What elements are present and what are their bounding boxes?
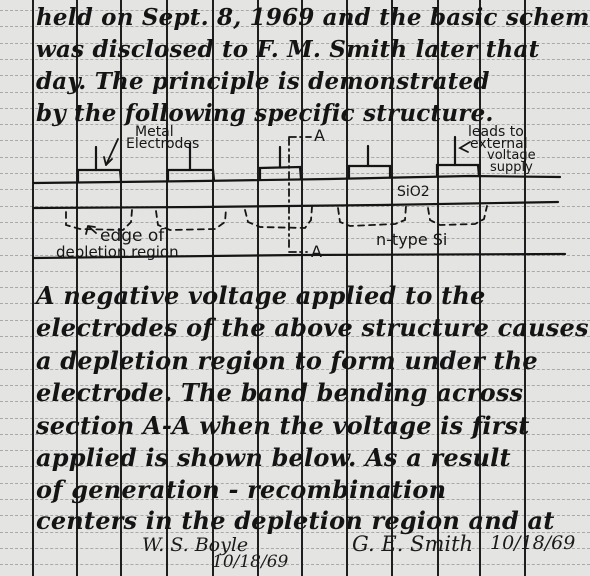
electrode-2 — [168, 170, 214, 180]
electrode-5 — [437, 165, 479, 176]
body-line-4: electrode. The band bending across — [36, 378, 523, 407]
section-label-top: A — [314, 126, 325, 145]
body-line-8: centers in the depletion region and at — [36, 506, 555, 535]
oxide-bottom-line — [34, 202, 558, 208]
body-line-3: a depletion region to form under the — [36, 346, 538, 375]
body-line-2: electrodes of the above structure causes — [36, 313, 589, 342]
oxide-label: SiO2 — [397, 184, 430, 200]
body-line-1: A negative voltage applied to the — [36, 281, 486, 310]
author-signature: G. E. Smith — [352, 532, 473, 556]
electrode-1 — [78, 170, 121, 181]
notebook-page: held on Sept. 8, 1969 and the basic sche… — [0, 0, 590, 576]
leads-label-4: supply — [490, 160, 533, 175]
oxide-top-line — [34, 176, 560, 183]
body-line-7: of generation - recombination — [36, 475, 446, 504]
witness-date: 10/18/69 — [212, 552, 288, 572]
electrode-4 — [349, 166, 390, 177]
section-label-bottom: A — [311, 242, 322, 261]
body-line-5: section A-A when the voltage is first — [36, 411, 530, 440]
substrate-label: n-type Si — [376, 230, 447, 249]
body-line-6: applied is shown below. As a result — [36, 443, 511, 472]
depletion-label-2: depletion region — [56, 243, 179, 261]
electrode-3 — [260, 167, 301, 179]
electrodes-label: Electrodes — [126, 136, 199, 152]
author-date: 10/18/69 — [490, 532, 575, 554]
